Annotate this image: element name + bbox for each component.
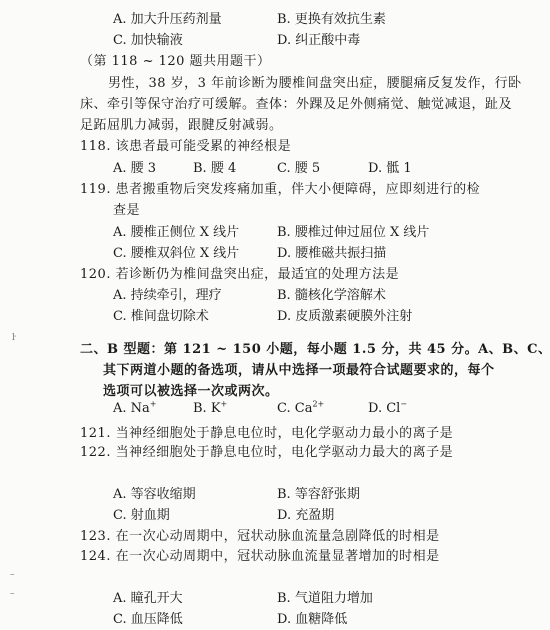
option-a: A. 持续牵引，理疗 bbox=[113, 284, 222, 303]
margin-mark: – bbox=[10, 570, 15, 580]
question-124: 124. 在一次心动周期中，冠状动脉血流量显著增加的时相是 bbox=[80, 545, 440, 564]
question-text: 若诊断仍为椎间盘突出症，最适宜的处理方法是 bbox=[116, 267, 400, 282]
case-stem-line: 床、牵引等保守治疗可缓解。查体：外踝及足外侧痛觉、触觉减退，趾及 bbox=[80, 93, 512, 112]
question-text: 在一次心动周期中，冠状动脉血流量显著增加的时相是 bbox=[116, 549, 440, 564]
option-d: D. 血糖降低 bbox=[277, 608, 347, 627]
question-123: 123. 在一次心动周期中，冠状动脉血流量急剧降低的时相是 bbox=[80, 525, 440, 544]
case-stem-line: 男性，38 岁，3 年前诊断为腰椎间盘突出症，腰腿痛反复发作，行卧 bbox=[108, 72, 522, 91]
option-c: C. 血压降低 bbox=[113, 608, 183, 627]
question-text-continued: 查是 bbox=[113, 199, 140, 218]
question-text: 患者搬重物后突发疼痛加重，伴大小便障碍，应即刻进行的检 bbox=[116, 182, 481, 197]
question-120: 120. 若诊断仍为椎间盘突出症，最适宜的处理方法是 bbox=[80, 263, 399, 282]
option-d: D. 充盈期 bbox=[277, 504, 334, 523]
option-d: D. 皮质激素硬膜外注射 bbox=[277, 305, 412, 324]
option-b: B. K+ bbox=[193, 401, 227, 416]
question-number: 122. bbox=[80, 445, 111, 460]
margin-mark: – bbox=[10, 589, 15, 599]
case-header: （第 118 ~ 120 题共用题干） bbox=[80, 50, 271, 69]
option-a: A. 加大升压药剂量 bbox=[113, 8, 222, 27]
section-b-instructions: 二、B 型题：第 121 ~ 150 小题，每小题 1.5 分，共 45 分。A… bbox=[80, 338, 550, 357]
option-d: D. 骶 1 bbox=[368, 157, 412, 176]
question-text: 在一次心动周期中，冠状动脉血流量急剧降低的时相是 bbox=[116, 529, 440, 544]
option-a: A. Na+ bbox=[113, 401, 156, 416]
option-b: B. 气道阻力增加 bbox=[277, 587, 373, 606]
question-number: 121. bbox=[80, 426, 111, 441]
question-text: 当神经细胞处于静息电位时，电化学驱动力最小的离子是 bbox=[116, 426, 454, 441]
question-119: 119. 患者搬重物后突发疼痛加重，伴大小便障碍，应即刻进行的检 bbox=[80, 178, 480, 197]
option-b: B. 腰椎过伸过屈位 X 线片 bbox=[277, 221, 429, 240]
option-b: B. 腰 4 bbox=[193, 157, 236, 176]
question-number: 118. bbox=[80, 139, 111, 154]
option-d: D. Cl− bbox=[368, 401, 407, 416]
question-text: 当神经细胞处于静息电位时，电化学驱动力最大的离子是 bbox=[116, 445, 454, 460]
option-b: B. 更换有效抗生素 bbox=[277, 8, 386, 27]
option-c: C. 射血期 bbox=[113, 504, 170, 523]
option-a: A. 瞳孔开大 bbox=[113, 587, 183, 606]
margin-mark: ŀ bbox=[12, 333, 15, 343]
question-number: 119. bbox=[80, 182, 111, 197]
option-c: C. 加快输液 bbox=[113, 29, 183, 48]
section-b-instructions: 其下两道小题的备选项，请从中选择一项最符合试题要求的，每个 bbox=[103, 359, 495, 378]
case-stem-line: 足跖屈肌力减弱，跟腱反射减弱。 bbox=[80, 114, 283, 133]
option-c: C. 腰椎双斜位 X 线片 bbox=[113, 242, 239, 261]
option-c: C. 椎间盘切除术 bbox=[113, 305, 209, 324]
question-number: 123. bbox=[80, 529, 111, 544]
question-121: 121. 当神经细胞处于静息电位时，电化学驱动力最小的离子是 bbox=[80, 422, 453, 441]
option-c: C. Ca2+ bbox=[277, 401, 324, 416]
question-number: 124. bbox=[80, 549, 111, 564]
question-text: 该患者最可能受累的神经根是 bbox=[116, 139, 292, 154]
option-a: A. 腰椎正侧位 X 线片 bbox=[113, 221, 239, 240]
option-a: A. 腰 3 bbox=[113, 157, 156, 176]
section-b-instructions: 选项可以被选择一次或两次。 bbox=[103, 380, 279, 399]
question-number: 120. bbox=[80, 267, 111, 282]
question-122: 122. 当神经细胞处于静息电位时，电化学驱动力最大的离子是 bbox=[80, 441, 453, 460]
option-d: D. 腰椎磁共振扫描 bbox=[277, 242, 386, 261]
option-a: A. 等容收缩期 bbox=[113, 483, 196, 502]
option-c: C. 腰 5 bbox=[277, 157, 320, 176]
option-b: B. 等容舒张期 bbox=[277, 483, 360, 502]
question-118: 118. 该患者最可能受累的神经根是 bbox=[80, 135, 291, 154]
option-b: B. 髓核化学溶解术 bbox=[277, 284, 386, 303]
option-d: D. 纠正酸中毒 bbox=[277, 29, 360, 48]
